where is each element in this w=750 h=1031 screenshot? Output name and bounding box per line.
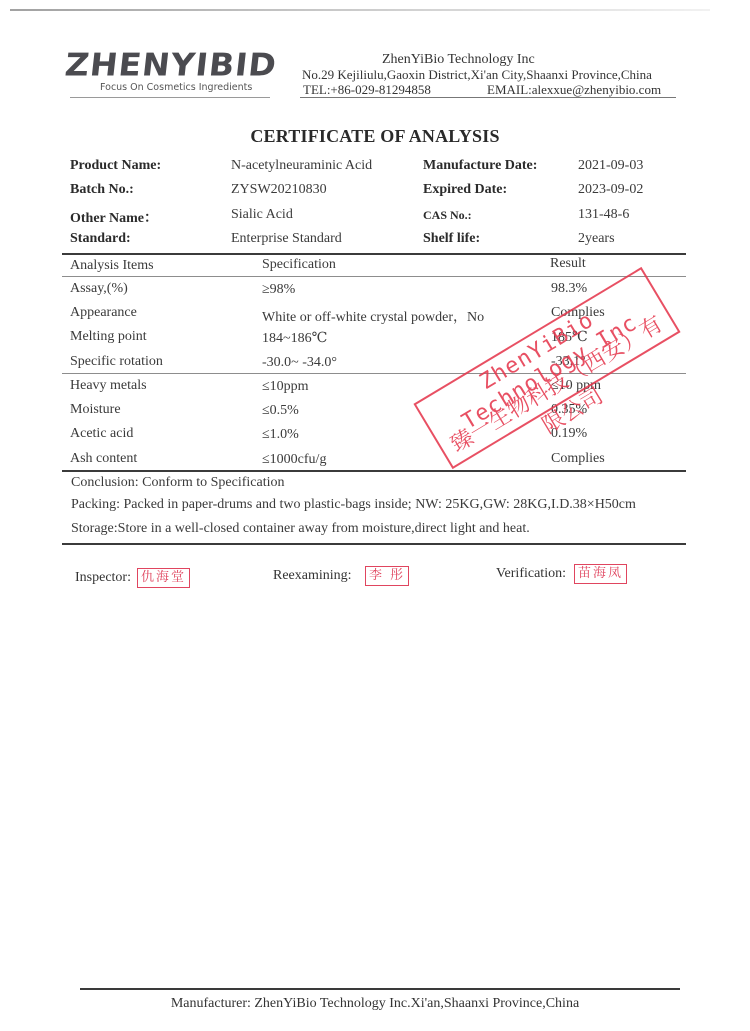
header-divider xyxy=(300,97,676,98)
company-address: No.29 Kejiliulu,Gaoxin District,Xi'an Ci… xyxy=(302,67,652,83)
analysis-item-cell: Acetic acid xyxy=(70,426,133,442)
specification-cell: ≤10ppm xyxy=(262,379,309,395)
batch-no-value: ZYSW20210830 xyxy=(231,182,327,198)
inspector-signature-chop: 仇海堂 xyxy=(137,568,190,588)
other-name-label: Other Name： xyxy=(70,207,158,227)
table-top-rule xyxy=(62,253,686,255)
packing-text: Packing: Packed in paper-drums and two p… xyxy=(71,497,636,513)
document-title: CERTIFICATE OF ANALYSIS xyxy=(0,126,750,147)
analysis-item-cell: Melting point xyxy=(70,329,147,345)
verification-signature-chop: 苗海凤 xyxy=(574,564,627,584)
analysis-item-cell: Assay,(%) xyxy=(70,281,128,297)
analysis-item-cell: Specific rotation xyxy=(70,354,163,370)
column-header-items: Analysis Items xyxy=(70,258,154,274)
specification-cell: ≥98% xyxy=(262,282,295,298)
company-tel: TEL:+86-029-81294858 xyxy=(303,82,431,98)
product-name-label: Product Name: xyxy=(70,158,161,174)
manufacture-date-label: Manufacture Date: xyxy=(423,158,537,174)
manufacturer-footer: Manufacturer: ZhenYiBio Technology Inc.X… xyxy=(0,996,750,1012)
column-header-spec: Specification xyxy=(262,257,336,273)
table-header-rule xyxy=(62,276,686,277)
notes-bottom-rule xyxy=(62,543,686,545)
storage-text: Storage:Store in a well-closed container… xyxy=(71,521,530,537)
table-bottom-rule xyxy=(62,470,686,472)
cas-no-value: 131-48-6 xyxy=(578,207,629,223)
specification-cell: -30.0~ -34.0° xyxy=(262,355,337,371)
shelf-life-label: Shelf life: xyxy=(423,231,480,247)
footer-divider xyxy=(80,988,680,990)
company-name: ZhenYiBio Technology Inc xyxy=(382,52,535,68)
specification-cell: ≤1.0% xyxy=(262,427,299,443)
product-name-value: N-acetylneuraminic Acid xyxy=(231,158,372,174)
expired-date-label: Expired Date: xyxy=(423,182,507,198)
column-header-result: Result xyxy=(550,256,586,272)
logo-tagline: Focus On Cosmetics Ingredients xyxy=(100,82,252,93)
cas-no-label: CAS No.: xyxy=(423,208,472,223)
verification-label: Verification: xyxy=(496,566,566,582)
batch-no-label: Batch No.: xyxy=(70,182,134,198)
specification-cell: ≤1000cfu/g xyxy=(262,452,326,468)
expired-date-value: 2023-09-02 xyxy=(578,182,643,198)
specification-cell: White or off-white crystal powder，No xyxy=(262,306,484,326)
conclusion-text: Conclusion: Conform to Specification xyxy=(71,475,284,491)
scan-artifact-line xyxy=(10,9,710,11)
reexamining-signature-chop: 李 彤 xyxy=(365,566,409,586)
manufacture-date-value: 2021-09-03 xyxy=(578,158,643,174)
analysis-item-cell: Appearance xyxy=(70,305,137,321)
specification-cell: 184~186℃ xyxy=(262,330,327,347)
analysis-item-cell: Ash content xyxy=(70,451,137,467)
result-cell: Complies xyxy=(551,451,605,467)
specification-cell: ≤0.5% xyxy=(262,403,299,419)
inspector-label: Inspector: xyxy=(75,570,131,586)
standard-value: Enterprise Standard xyxy=(231,231,342,247)
company-seal-stamp: ZhenYiBio Technology Inc 臻一生物科技（西安）有限公司 xyxy=(413,267,680,469)
other-name-value: Sialic Acid xyxy=(231,207,293,223)
analysis-item-cell: Moisture xyxy=(70,402,121,418)
analysis-item-cell: Heavy metals xyxy=(70,378,147,394)
company-logo: ZHENYIBID xyxy=(63,48,279,82)
shelf-life-value: 2years xyxy=(578,231,615,247)
logo-divider xyxy=(70,97,270,98)
result-cell: 98.3% xyxy=(551,281,587,297)
reexamining-label: Reexamining: xyxy=(273,568,352,584)
standard-label: Standard: xyxy=(70,231,131,247)
company-email: EMAIL:alexxue@zhenyibio.com xyxy=(487,82,661,98)
